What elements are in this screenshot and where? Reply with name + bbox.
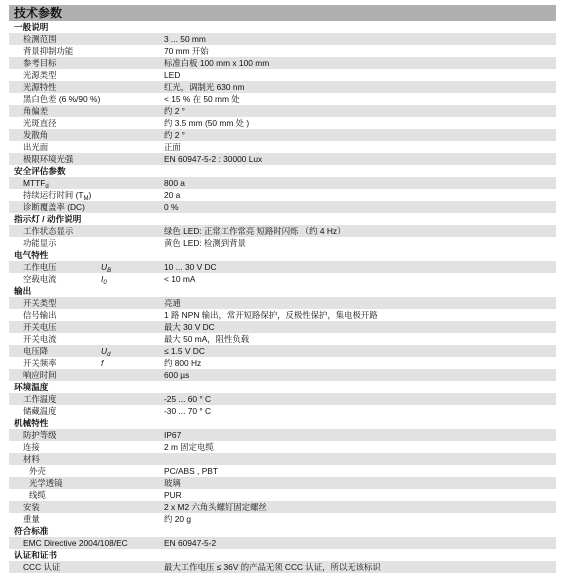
spec-label-text: 背景抑制功能 bbox=[23, 46, 73, 56]
spec-value: 玻璃 bbox=[164, 477, 181, 489]
spec-value: 标准白板 100 mm x 100 mm bbox=[164, 57, 269, 69]
spec-label: 黑白色差 (6 %/90 %) bbox=[23, 93, 100, 105]
spec-label: 开关电流 bbox=[23, 333, 57, 345]
spec-value: 正面 bbox=[164, 141, 181, 153]
spec-row: 重量约 20 g bbox=[9, 513, 556, 525]
spec-value: 最大工作电压 ≤ 36V 的产品无须 CCC 认证，所以无该标识 bbox=[164, 561, 381, 573]
spec-label: 诊断覆盖率 (DC) bbox=[23, 201, 85, 213]
spec-row: 发散角约 2 ° bbox=[9, 129, 556, 141]
spec-row: 电压降Ud≤ 1.5 V DC bbox=[9, 345, 556, 357]
spec-row: 防护等级IP67 bbox=[9, 429, 556, 441]
spec-row: 出光面正面 bbox=[9, 141, 556, 153]
spec-label-text: 检测范围 bbox=[23, 34, 57, 44]
spec-label-text: 工作电压 bbox=[23, 262, 57, 272]
spec-label: 线缆 bbox=[29, 489, 46, 501]
spec-label-text: 光斑直径 bbox=[23, 118, 57, 128]
section-heading: 符合标准 bbox=[9, 525, 556, 537]
spec-label: CCC 认证 bbox=[23, 561, 60, 573]
spec-label: 材料 bbox=[23, 453, 40, 465]
spec-symbol: Ud bbox=[101, 345, 110, 357]
spec-value: 约 3.5 mm (50 mm 处 ) bbox=[164, 117, 249, 129]
spec-row: 工作电压UB10 ... 30 V DC bbox=[9, 261, 556, 273]
spec-label-text: 储藏温度 bbox=[23, 406, 57, 416]
spec-symbol-text: f bbox=[101, 358, 103, 368]
spec-value: 3 ... 50 mm bbox=[164, 33, 206, 45]
spec-label: 角偏差 bbox=[23, 105, 48, 117]
spec-row: 开关类型亮通 bbox=[9, 297, 556, 309]
spec-label-text: 连接 bbox=[23, 442, 40, 452]
spec-row: 极限环境光强EN 60947-5-2 : 30000 Lux bbox=[9, 153, 556, 165]
spec-label: 光学透镜 bbox=[29, 477, 63, 489]
spec-row: CCC 认证最大工作电压 ≤ 36V 的产品无须 CCC 认证，所以无该标识 bbox=[9, 561, 556, 573]
spec-value: 红光，调制光 630 nm bbox=[164, 81, 245, 93]
spec-label: 响应时间 bbox=[23, 369, 57, 381]
spec-value: -25 ... 60 ° C bbox=[164, 393, 211, 405]
spec-label-text: 黑白色差 (6 %/90 %) bbox=[23, 94, 100, 104]
spec-label-text: 光源类型 bbox=[23, 70, 57, 80]
spec-value: 亮通 bbox=[164, 297, 181, 309]
spec-value: 70 mm 开始 bbox=[164, 45, 209, 57]
spec-label: 外壳 bbox=[29, 465, 46, 477]
spec-label-text: 电压降 bbox=[23, 346, 48, 356]
spec-value: 约 800 Hz bbox=[164, 357, 201, 369]
section-heading: 认证和证书 bbox=[9, 549, 556, 561]
spec-label-text: 开关类型 bbox=[23, 298, 57, 308]
spec-label-text: 信号输出 bbox=[23, 310, 57, 320]
spec-label: 背景抑制功能 bbox=[23, 45, 73, 57]
spec-row: 参考目标标准白板 100 mm x 100 mm bbox=[9, 57, 556, 69]
spec-value: 0 % bbox=[164, 201, 178, 213]
spec-value: IP67 bbox=[164, 429, 181, 441]
spec-value: PC/ABS , PBT bbox=[164, 465, 218, 477]
spec-label: 工作电压 bbox=[23, 261, 57, 273]
spec-row: 开关电流最大 50 mA，阻性负载 bbox=[9, 333, 556, 345]
spec-label: 连接 bbox=[23, 441, 40, 453]
spec-label-text: 角偏差 bbox=[23, 106, 48, 116]
spec-row: 线缆PUR bbox=[9, 489, 556, 501]
spec-label-text: 发散角 bbox=[23, 130, 48, 140]
spec-value: 绿色 LED: 正常工作常亮 短路时闪烁 （约 4 Hz） bbox=[164, 225, 345, 237]
spec-value: < 10 mA bbox=[164, 273, 195, 285]
spec-label-text: 参考目标 bbox=[23, 58, 57, 68]
spec-label: 开关电压 bbox=[23, 321, 57, 333]
spec-value: 约 20 g bbox=[164, 513, 191, 525]
spec-label: 检测范围 bbox=[23, 33, 57, 45]
spec-value: 2 x M2 六角头螺钉固定螺丝 bbox=[164, 501, 267, 513]
spec-value: 约 2 ° bbox=[164, 129, 185, 141]
spec-row: 背景抑制功能70 mm 开始 bbox=[9, 45, 556, 57]
spec-value: < 15 % 在 50 mm 处 bbox=[164, 93, 240, 105]
spec-label: 开关类型 bbox=[23, 297, 57, 309]
spec-value: PUR bbox=[164, 489, 182, 501]
spec-label: MTTFd bbox=[23, 177, 49, 189]
spec-value: 10 ... 30 V DC bbox=[164, 261, 217, 273]
spec-label-text: 工作温度 bbox=[23, 394, 57, 404]
spec-label: 出光面 bbox=[23, 141, 48, 153]
spec-label-text: 开关电流 bbox=[23, 334, 57, 344]
spec-label: 安装 bbox=[23, 501, 40, 513]
spec-label-text: 出光面 bbox=[23, 142, 48, 152]
spec-row: MTTFd800 a bbox=[9, 177, 556, 189]
spec-table: 一般说明检测范围 3 ... 50 mm背景抑制功能70 mm 开始参考目标标准… bbox=[9, 21, 556, 573]
spec-label: 重量 bbox=[23, 513, 40, 525]
spec-label: EMC Directive 2004/108/EC bbox=[23, 537, 128, 549]
spec-row: 开关频率f约 800 Hz bbox=[9, 357, 556, 369]
spec-value: 最大 50 mA，阻性负载 bbox=[164, 333, 249, 345]
spec-value: -30 ... 70 ° C bbox=[164, 405, 211, 417]
spec-row: 响应时间600 µs bbox=[9, 369, 556, 381]
spec-label-suffix: ) bbox=[88, 190, 91, 200]
spec-label-text: MTTF bbox=[23, 178, 45, 188]
spec-label-text: 开关频率 bbox=[23, 358, 57, 368]
spec-row: 开关电压最大 30 V DC bbox=[9, 321, 556, 333]
spec-label: 参考目标 bbox=[23, 57, 57, 69]
spec-label-text: 安装 bbox=[23, 502, 40, 512]
spec-value: 800 a bbox=[164, 177, 185, 189]
section-heading: 环境温度 bbox=[9, 381, 556, 393]
spec-value: 约 2 ° bbox=[164, 105, 185, 117]
spec-label-text: EMC Directive 2004/108/EC bbox=[23, 538, 128, 548]
section-heading: 指示灯 / 动作说明 bbox=[9, 213, 556, 225]
page-title: 技术参数 bbox=[9, 5, 556, 21]
spec-row: 功能显示黄色 LED: 检测到背景 bbox=[9, 237, 556, 249]
section-heading: 电气特性 bbox=[9, 249, 556, 261]
spec-value: EN 60947-5-2 : 30000 Lux bbox=[164, 153, 262, 165]
spec-label: 极限环境光强 bbox=[23, 153, 73, 165]
spec-value: 20 a bbox=[164, 189, 180, 201]
spec-label-text: 开关电压 bbox=[23, 322, 57, 332]
spec-row: 材料 bbox=[9, 453, 556, 465]
spec-label: 光源特性 bbox=[23, 81, 57, 93]
spec-value: ≤ 1.5 V DC bbox=[164, 345, 205, 357]
spec-label-text: 工作状态显示 bbox=[23, 226, 73, 236]
spec-value: 1 路 NPN 输出，常开短路保护，反极性保护，集电极开路 bbox=[164, 309, 378, 321]
spec-value: 黄色 LED: 检测到背景 bbox=[164, 237, 246, 249]
spec-label: 功能显示 bbox=[23, 237, 57, 249]
spec-row: 工作状态显示绿色 LED: 正常工作常亮 短路时闪烁 （约 4 Hz） bbox=[9, 225, 556, 237]
spec-value: 600 µs bbox=[164, 369, 189, 381]
spec-row: 外壳PC/ABS , PBT bbox=[9, 465, 556, 477]
spec-row: 黑白色差 (6 %/90 %)< 15 % 在 50 mm 处 bbox=[9, 93, 556, 105]
spec-label: 储藏温度 bbox=[23, 405, 57, 417]
spec-label-text: 空载电流 bbox=[23, 274, 57, 284]
spec-label: 工作温度 bbox=[23, 393, 57, 405]
spec-row: 空载电流I0 < 10 mA bbox=[9, 273, 556, 285]
spec-label: 发散角 bbox=[23, 129, 48, 141]
section-heading: 机械特性 bbox=[9, 417, 556, 429]
section-heading: 一般说明 bbox=[9, 21, 556, 33]
spec-label-text: 光学透镜 bbox=[29, 478, 63, 488]
spec-sheet: 技术参数 一般说明检测范围 3 ... 50 mm背景抑制功能70 mm 开始参… bbox=[9, 5, 556, 573]
spec-label-text: 材料 bbox=[23, 454, 40, 464]
spec-label-text: 持续运行时间 (T bbox=[23, 190, 83, 200]
section-heading: 安全评估参数 bbox=[9, 165, 556, 177]
spec-label-text: 诊断覆盖率 (DC) bbox=[23, 202, 85, 212]
spec-row: 角偏差约 2 ° bbox=[9, 105, 556, 117]
spec-label-text: 响应时间 bbox=[23, 370, 57, 380]
spec-symbol: f bbox=[101, 357, 103, 369]
spec-row: 储藏温度-30 ... 70 ° C bbox=[9, 405, 556, 417]
spec-value: 2 m 固定电缆 bbox=[164, 441, 214, 453]
spec-symbol: I0 bbox=[101, 273, 107, 285]
section-heading: 输出 bbox=[9, 285, 556, 297]
spec-label: 光斑直径 bbox=[23, 117, 57, 129]
spec-label-text: 防护等级 bbox=[23, 430, 57, 440]
spec-label: 持续运行时间 (TM) bbox=[23, 189, 91, 201]
spec-label-text: 功能显示 bbox=[23, 238, 57, 248]
spec-value: LED bbox=[164, 69, 180, 81]
spec-row: 工作温度-25 ... 60 ° C bbox=[9, 393, 556, 405]
spec-row: 连接2 m 固定电缆 bbox=[9, 441, 556, 453]
spec-value: 最大 30 V DC bbox=[164, 321, 215, 333]
spec-label: 开关频率 bbox=[23, 357, 57, 369]
spec-label-text: 外壳 bbox=[29, 466, 46, 476]
spec-label: 空载电流 bbox=[23, 273, 57, 285]
spec-label: 防护等级 bbox=[23, 429, 57, 441]
spec-row: 持续运行时间 (TM)20 a bbox=[9, 189, 556, 201]
spec-row: 光斑直径约 3.5 mm (50 mm 处 ) bbox=[9, 117, 556, 129]
spec-row: 光源类型LED bbox=[9, 69, 556, 81]
spec-symbol: UB bbox=[101, 261, 111, 273]
spec-row: 光源特性红光，调制光 630 nm bbox=[9, 81, 556, 93]
spec-label: 信号输出 bbox=[23, 309, 57, 321]
spec-row: 信号输出1 路 NPN 输出，常开短路保护，反极性保护，集电极开路 bbox=[9, 309, 556, 321]
spec-row: 光学透镜玻璃 bbox=[9, 477, 556, 489]
spec-row: 安装2 x M2 六角头螺钉固定螺丝 bbox=[9, 501, 556, 513]
spec-row: 检测范围 3 ... 50 mm bbox=[9, 33, 556, 45]
spec-label-text: 重量 bbox=[23, 514, 40, 524]
spec-label-text: CCC 认证 bbox=[23, 562, 60, 572]
spec-label-text: 极限环境光强 bbox=[23, 154, 73, 164]
spec-label: 电压降 bbox=[23, 345, 48, 357]
spec-row: 诊断覆盖率 (DC)0 % bbox=[9, 201, 556, 213]
spec-value: EN 60947-5-2 bbox=[164, 537, 216, 549]
spec-label-text: 线缆 bbox=[29, 490, 46, 500]
spec-row: EMC Directive 2004/108/ECEN 60947-5-2 bbox=[9, 537, 556, 549]
spec-label: 工作状态显示 bbox=[23, 225, 73, 237]
spec-label: 光源类型 bbox=[23, 69, 57, 81]
spec-label-text: 光源特性 bbox=[23, 82, 57, 92]
